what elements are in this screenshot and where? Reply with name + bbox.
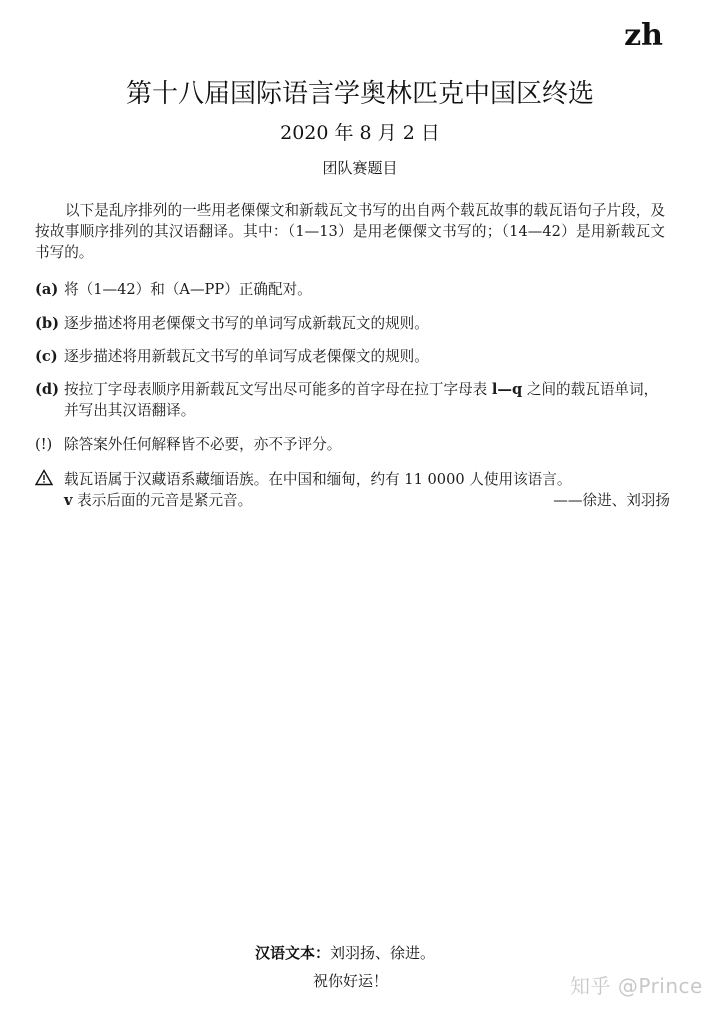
note-no-explanation: (!) 除答案外任何解释皆不必要，亦不予评分。 <box>35 434 670 455</box>
task-c: (c) 逐步描述将用新载瓦文书写的单词写成老傈僳文的规则。 <box>35 346 670 367</box>
task-text: 将（1—42）和（A—PP）正确配对。 <box>64 279 670 300</box>
task-text: 逐步描述将用老傈僳文书写的单词写成新载瓦文的规则。 <box>64 313 670 334</box>
credits-names: 刘羽扬、徐进。 <box>330 944 435 962</box>
zhihu-watermark: 知乎 @Prince <box>570 970 703 999</box>
warning-triangle-icon <box>35 469 64 511</box>
problem-authors: ——徐进、刘羽扬 <box>553 490 670 511</box>
note-language-info: 载瓦语属于汉藏语系藏缅语族。在中国和缅甸，约有 11 0000 人使用该语言。 … <box>35 469 670 511</box>
language-code: zh <box>624 18 663 53</box>
page-title: 第十八届国际语言学奥林匹克中国区终选 <box>0 73 720 110</box>
task-marker: (a) <box>35 279 64 300</box>
credits-label: 汉语文本： <box>255 944 330 962</box>
language-family-text: 载瓦语属于汉藏语系藏缅语族。在中国和缅甸，约有 11 0000 人使用该语言。 <box>64 469 670 490</box>
letter-range: l—q <box>492 381 522 398</box>
tense-vowel-note: v 表示后面的元音是紧元音。 <box>64 490 252 511</box>
task-text: 逐步描述将用新载瓦文书写的单词写成老傈僳文的规则。 <box>64 346 670 367</box>
translation-credits: 汉语文本：刘羽扬、徐进。 <box>255 942 435 963</box>
task-marker: (d) <box>35 379 64 421</box>
task-text-part: 按拉丁字母表顺序用新载瓦文写出尽可能多的首字母在拉丁字母表 <box>64 381 492 398</box>
note-text: 表示后面的元音是紧元音。 <box>72 492 252 509</box>
task-marker: (b) <box>35 313 64 334</box>
section-subtitle: 团队赛题目 <box>0 157 720 178</box>
task-text: 按拉丁字母表顺序用新载瓦文写出尽可能多的首字母在拉丁字母表 l—q 之间的载瓦语… <box>64 379 670 421</box>
task-a: (a) 将（1—42）和（A—PP）正确配对。 <box>35 279 670 300</box>
task-d: (d) 按拉丁字母表顺序用新载瓦文写出尽可能多的首字母在拉丁字母表 l—q 之间… <box>35 379 670 421</box>
exam-date: 2020 年 8 月 2 日 <box>0 118 720 145</box>
task-b: (b) 逐步描述将用老傈僳文书写的单词写成新载瓦文的规则。 <box>35 313 670 334</box>
exclamation-icon: (!) <box>35 434 64 455</box>
note-text: 除答案外任何解释皆不必要，亦不予评分。 <box>64 434 670 455</box>
problem-intro: 以下是乱序排列的一些用老傈僳文和新载瓦文书写的出自两个载瓦故事的载瓦语句子片段，… <box>35 200 665 263</box>
task-marker: (c) <box>35 346 64 367</box>
good-luck-text: 祝你好运！ <box>313 970 388 991</box>
